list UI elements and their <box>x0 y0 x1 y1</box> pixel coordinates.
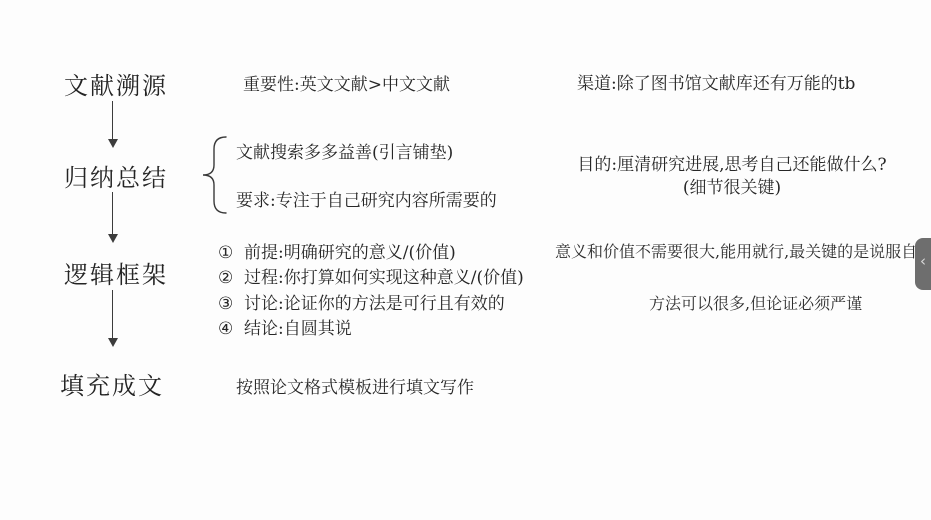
note-summary-purpose-line1: 目的:厘清研究进展,思考自己还能做什么? <box>564 154 900 177</box>
framework-item-3: ③讨论:论证你的方法是可行且有效的 <box>218 289 505 314</box>
circled-number-1-icon: ① <box>218 243 244 263</box>
framework-item-3-text: 讨论:论证你的方法是可行且有效的 <box>244 294 505 314</box>
circled-number-4-icon: ④ <box>218 319 244 339</box>
circled-number-3-icon: ③ <box>218 294 244 314</box>
framework-item-4-text: 结论:自圆其说 <box>244 319 352 339</box>
flow-node-summarize: 归纳总结 <box>64 158 168 193</box>
framework-item-1-text: 前提:明确研究的意义/(价值) <box>244 243 456 263</box>
flow-arrow-3 <box>106 290 120 348</box>
flow-node-literature-tracing: 文献溯源 <box>64 66 168 101</box>
note-framework-value: 意义和价值不需要很大,能用就行,最关键的是说服自己 <box>555 239 931 262</box>
note-summary-brace-line1: 文献搜索多多益善(引言铺垫) <box>236 138 453 163</box>
flow-arrow-2 <box>106 192 120 244</box>
side-panel-collapse-tab[interactable]: ‹ <box>915 238 931 290</box>
framework-item-1: ①前提:明确研究的意义/(价值) <box>218 238 456 263</box>
flow-arrow-1 <box>106 101 120 149</box>
framework-item-4: ④结论:自圆其说 <box>218 314 352 339</box>
framework-item-2: ②过程:你打算如何实现这种意义/(价值) <box>218 263 524 288</box>
note-literature-channel: 渠道:除了图书馆文献库还有万能的tb <box>577 69 855 94</box>
curly-brace-icon <box>194 134 234 216</box>
note-fill-template: 按照论文格式模板进行填文写作 <box>236 373 474 398</box>
circled-number-2-icon: ② <box>218 268 244 288</box>
whiteboard-diagram: 文献溯源 归纳总结 逻辑框架 填充成文 重要性:英文文献>中文文献 文献搜索多多… <box>0 0 931 520</box>
note-summary-brace-line2: 要求:专注于自己研究内容所需要的 <box>236 186 497 211</box>
note-literature-importance: 重要性:英文文献>中文文献 <box>243 70 450 95</box>
flow-node-fill-in-writing: 填充成文 <box>60 366 164 401</box>
note-framework-method: 方法可以很多,但论证必须严谨 <box>649 291 862 314</box>
flow-node-logic-framework: 逻辑框架 <box>64 255 168 290</box>
note-summary-purpose: 目的:厘清研究进展,思考自己还能做什么? (细节很关键) <box>564 154 900 200</box>
chevron-left-icon: ‹ <box>920 254 926 269</box>
note-summary-purpose-line2: (细节很关键) <box>564 177 900 200</box>
framework-item-2-text: 过程:你打算如何实现这种意义/(价值) <box>244 268 524 288</box>
